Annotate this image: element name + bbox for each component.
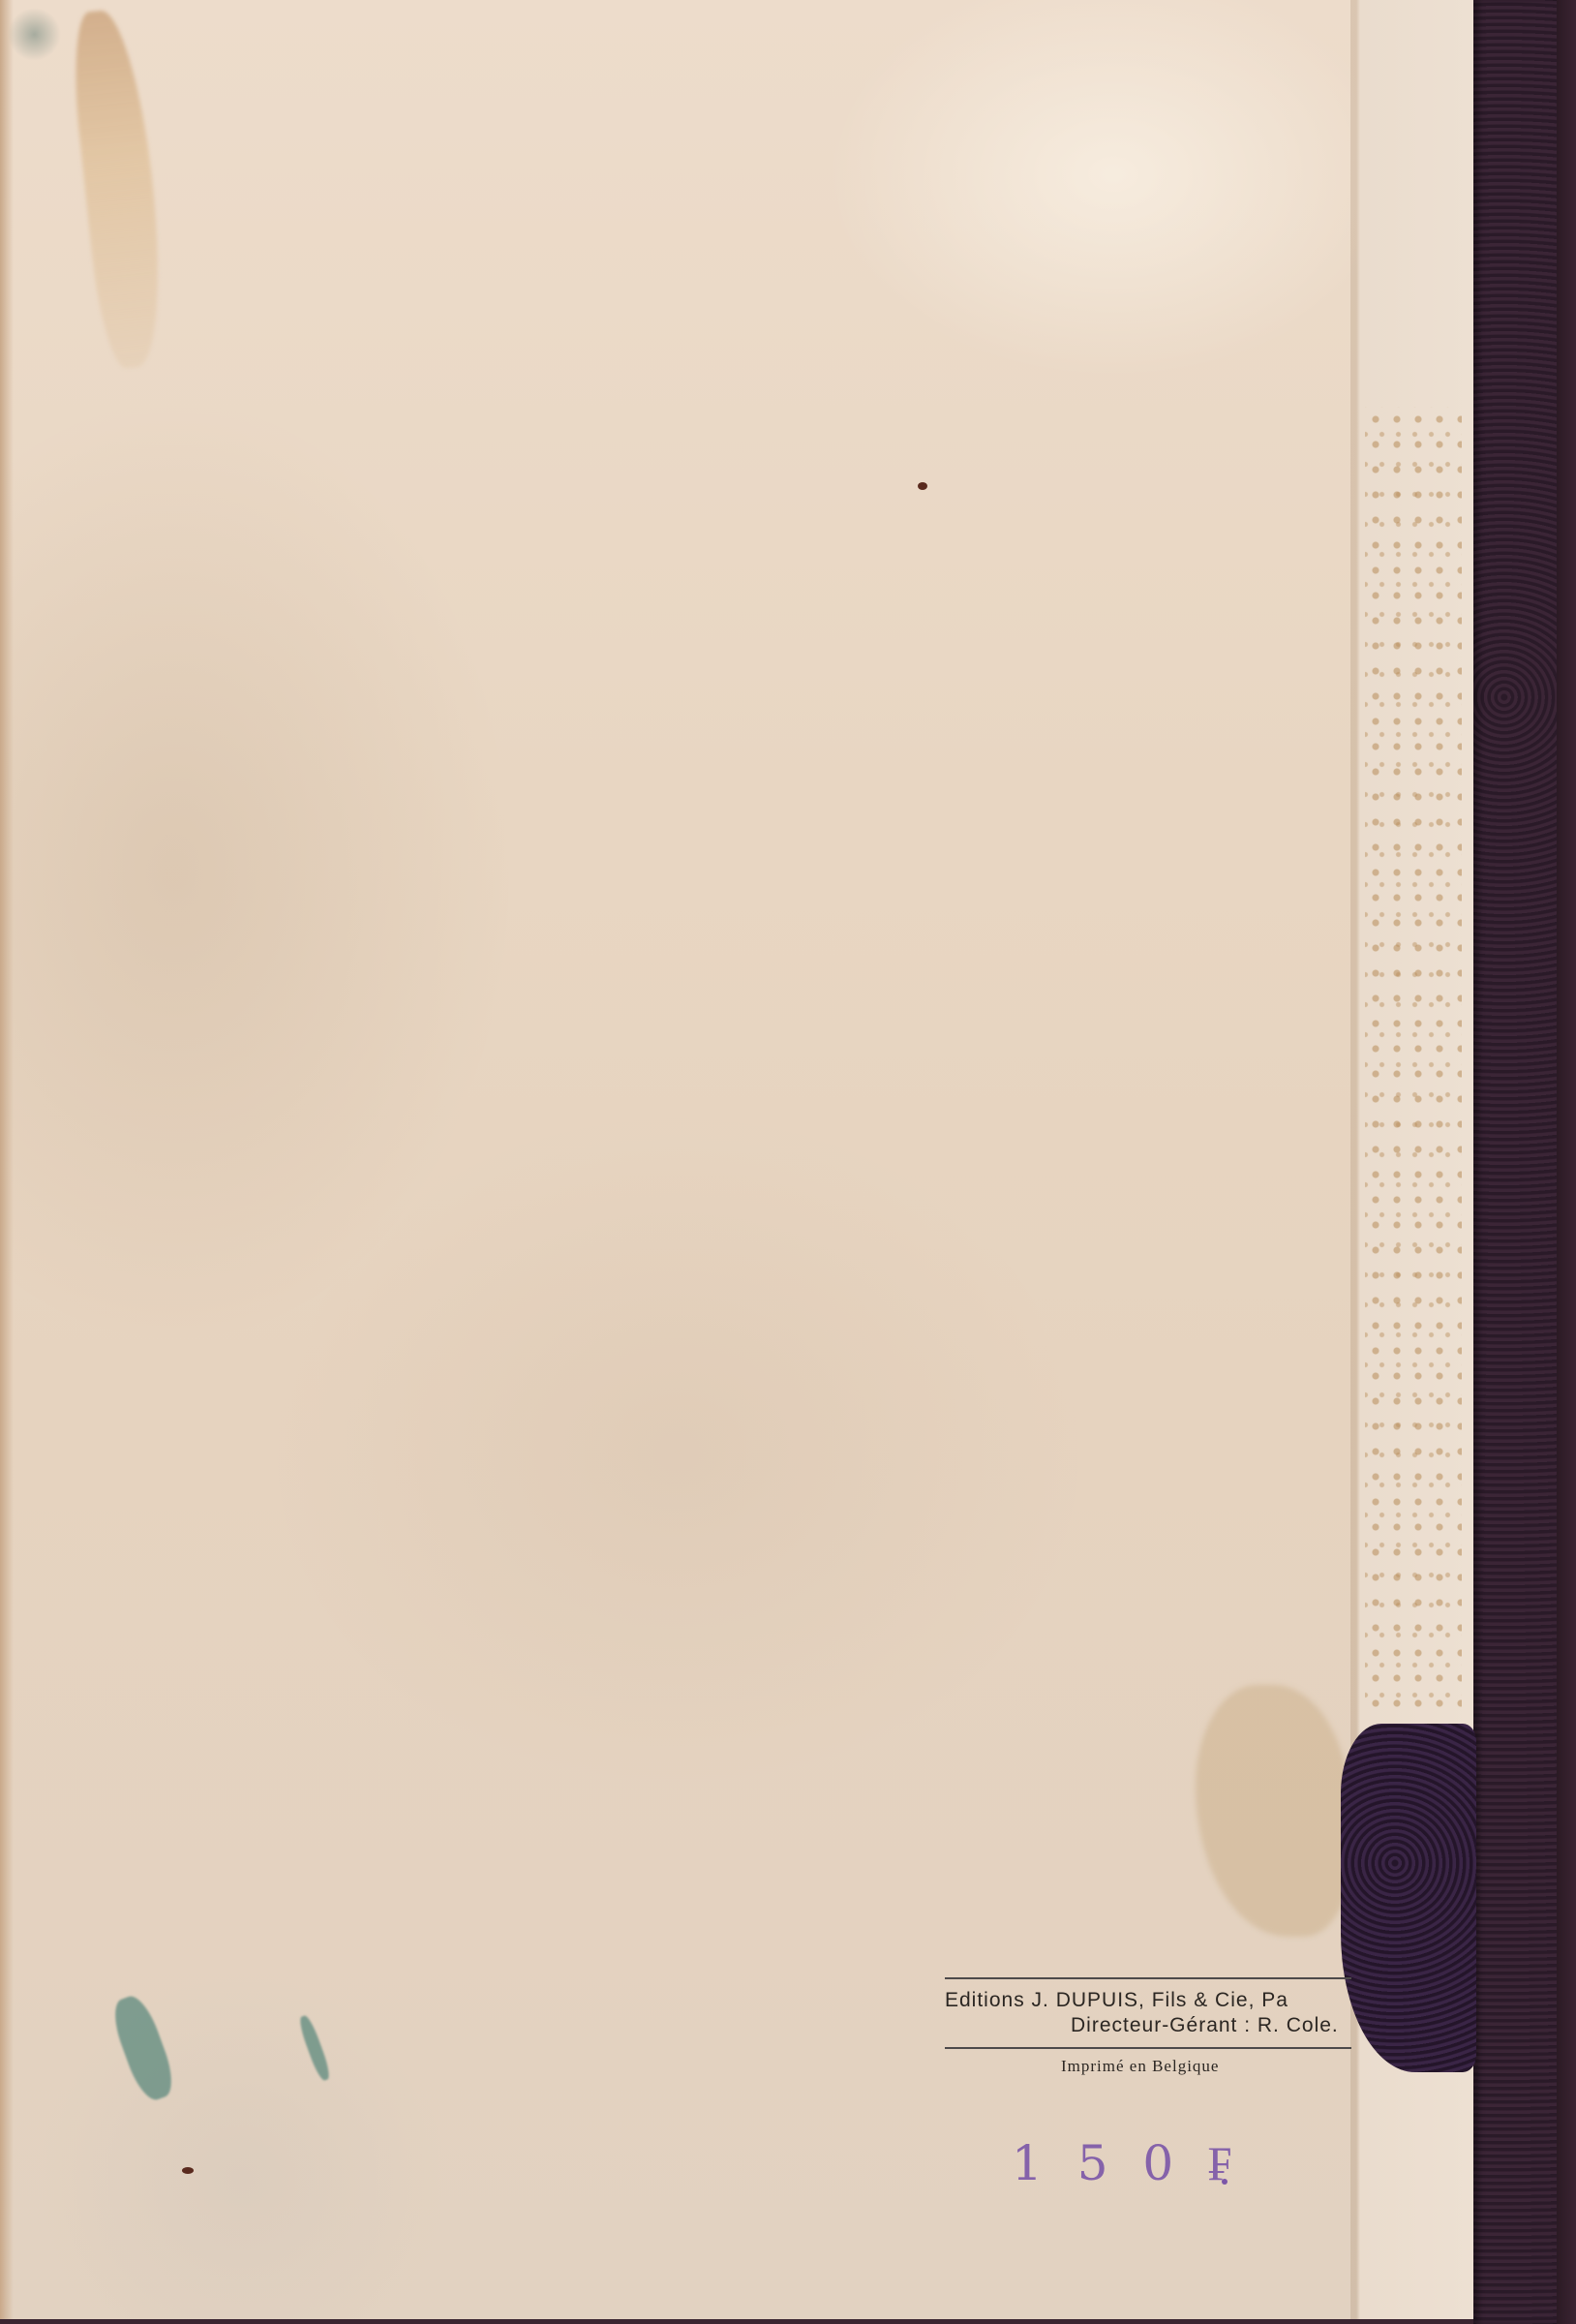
- ink-speck: [182, 2167, 194, 2174]
- torn-paper-exposed-binding: [1341, 1724, 1476, 2072]
- publisher-name: Editions J. DUPUIS, Fils & Cie, Pa: [945, 1989, 1351, 2012]
- corner-stain: [8, 8, 61, 61]
- book-back-cover: Editions J. DUPUIS, Fils & Cie, Pa Direc…: [0, 0, 1576, 2324]
- foxing-spots: [1365, 407, 1462, 1714]
- printed-in-label: Imprimé en Belgique: [945, 2057, 1351, 2076]
- stamp-dot: [1222, 2179, 1227, 2185]
- director-line: Directeur-Gérant : R. Cole.: [945, 2014, 1351, 2037]
- publisher-imprint: Editions J. DUPUIS, Fils & Cie, Pa Direc…: [945, 1977, 1351, 2076]
- cover-paper: [0, 0, 1473, 2319]
- price-stamp: 1 5 0 ₣: [1012, 2135, 1242, 2191]
- imprint-bottom-rule: [945, 2047, 1351, 2049]
- imprint-top-rule: [945, 1977, 1351, 1979]
- spine-outer-edge: [1557, 0, 1576, 2324]
- ink-speck: [918, 482, 927, 490]
- paper-left-edge: [0, 0, 14, 2319]
